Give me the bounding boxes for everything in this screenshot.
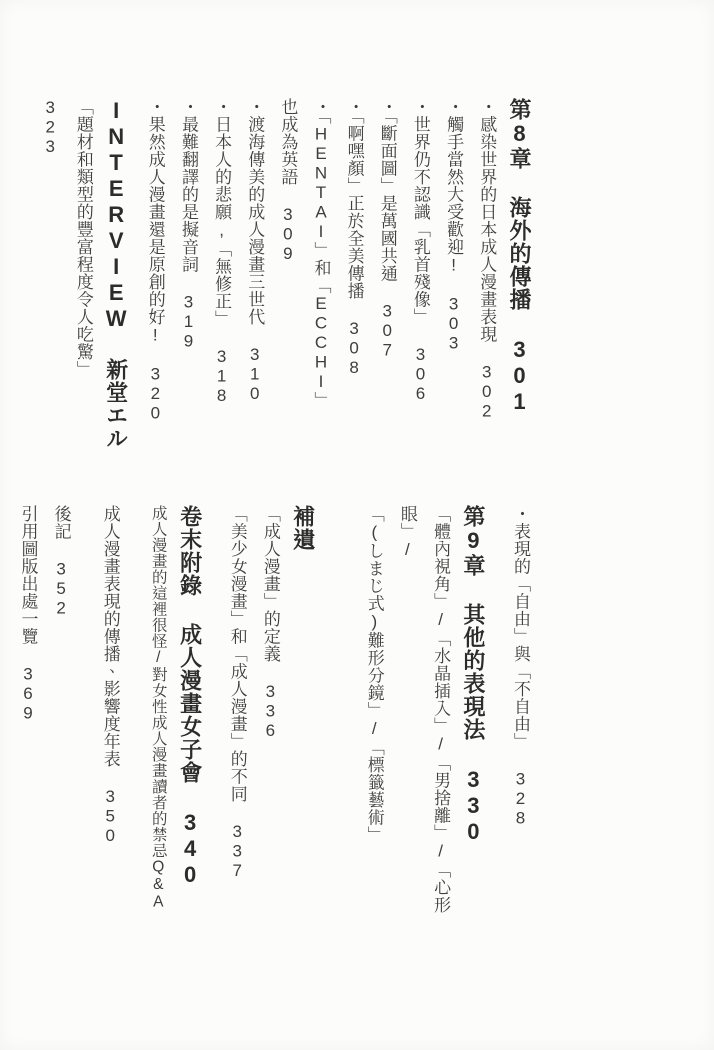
toc-entry-appendix-350: 成人漫畫表現的傳播、影響度年表 350 <box>94 505 127 935</box>
toc-entry-addendum-337: 「美少女漫畫」和「成人漫畫」的不同 337 <box>221 505 254 935</box>
toc-entry-appendix-qa: 成人漫畫的這裡很怪/對女性成人漫畫讀者的禁忌Q&A <box>143 505 174 935</box>
toc-entry-ch8-307: ・「斷面圖」是萬國共通 307 <box>371 98 404 450</box>
toc-chapter9-block: ・表現的「自由」與「不自由」 328 第9章 其他的表現法 330 「體內視角」… <box>11 505 537 935</box>
addendum-heading: 補遺 <box>287 505 318 935</box>
toc-entry-afterword-352: 後記 352 <box>44 505 77 935</box>
toc-chapter8-block: 第8章 海外的傳播 301 ・感染世界的日本成人漫畫表現 302 ・觸手當然大受… <box>34 98 534 450</box>
toc-entry-ch8-328: ・表現的「自由」與「不自由」 328 <box>504 505 537 935</box>
toc-entry-ch8-310: ・渡海傳美的成人漫畫三世代 310 <box>238 98 271 450</box>
toc-entry-ch8-302: ・感染世界的日本成人漫畫表現 302 <box>470 98 503 450</box>
chapter9-heading: 第9章 其他的表現法 330 <box>457 505 488 935</box>
toc-entry-ch8-308: ・「啊嘿顏」正於全美傳播 308 <box>338 98 371 450</box>
toc-entry-ch9-techniques: 「體內視角」/「水晶插入」/「男捨離」/「心形眼」/ 「(しまじ式)難形分鏡」/… <box>358 505 457 935</box>
toc-entry-interview-323: 「題材和類型的豐富程度令人吃驚」 323 <box>34 98 100 450</box>
toc-entry-credits-369: 引用圖版出處一覽 369 <box>11 505 44 935</box>
toc-entry-ch8-303: ・觸手當然大受歡迎! 303 <box>437 98 470 450</box>
toc-entry-ch8-309: ・「HENTAI」和「ECCHI」 也成為英語 309 <box>271 98 337 450</box>
chapter8-heading: 第8章 海外的傳播 301 <box>503 98 534 450</box>
toc-entry-addendum-336: 「成人漫畫」的定義 336 <box>254 505 287 935</box>
book-page: 第8章 海外的傳播 301 ・感染世界的日本成人漫畫表現 302 ・觸手當然大受… <box>0 0 714 1050</box>
toc-entry-ch8-306: ・世界仍不認識「乳首殘像」 306 <box>404 98 437 450</box>
appendix-heading: 卷末附錄 成人漫畫女子會 340 <box>174 505 205 935</box>
toc-entry-ch8-320: ・果然成人漫畫還是原創的好! 320 <box>139 98 172 450</box>
toc-entry-ch8-318: ・日本人的悲願,「無修正」 318 <box>205 98 238 450</box>
interview-heading: INTERVIEW 新堂エル <box>100 98 131 450</box>
toc-entry-ch8-319: ・最難翻譯的是擬音詞 319 <box>172 98 205 450</box>
